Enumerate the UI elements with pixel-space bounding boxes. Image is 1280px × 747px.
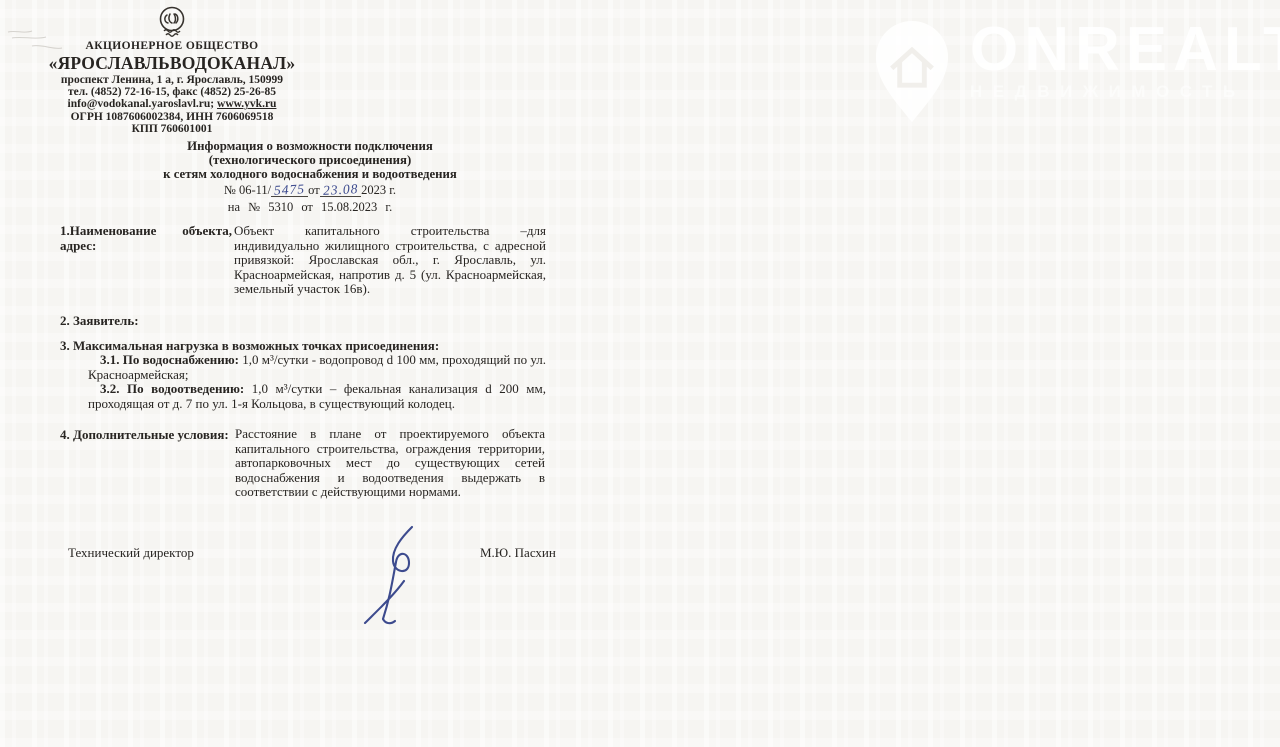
section4-text: Расстояние в плане от проектируемого объ…: [235, 427, 545, 500]
section1-text: Объект капитального строительства –для и…: [234, 224, 546, 297]
reference-number-line: на № 5310 от 15.08.2023 г.: [125, 200, 495, 215]
watermark-brand-text: ONREALT: [970, 20, 1280, 80]
handwritten-doc-date: 23.08: [319, 183, 361, 196]
letterhead: АКЦИОНЕРНОЕ ОБЩЕСТВО «ЯРОСЛАВЛЬВОДОКАНАЛ…: [38, 6, 306, 135]
title-line-3: к сетям холодного водоснабжения и водоот…: [125, 167, 495, 181]
handwritten-signature: [352, 523, 444, 627]
document-number-line: № 06-11/5475 от 23.08 2023 г.: [125, 183, 495, 198]
handwritten-doc-number: 5475: [271, 183, 309, 196]
vodokanal-logo-icon: [155, 6, 189, 38]
org-contacts: info@vodokanal.yaroslavl.ru; www.yvk.ru: [38, 98, 306, 110]
doc-number-prefix: № 06-11/: [224, 183, 271, 198]
org-ogrn-inn: ОГРН 1087606002384, ИНН 7606069518: [38, 111, 306, 123]
document-title: Информация о возможности подключения (те…: [125, 139, 495, 215]
doc-number-ot: от: [308, 183, 320, 198]
home-pin-icon: [868, 20, 956, 124]
doc-number-year: 2023 г.: [361, 183, 396, 198]
org-phones: тел. (4852) 72-16-15, факс (4852) 25-26-…: [38, 86, 306, 98]
title-line-2: (технологического присоединения): [125, 153, 495, 167]
title-line-1: Информация о возможности подключения: [125, 139, 495, 153]
signatory-name: М.Ю. Пасхин: [480, 545, 556, 561]
org-website: www.yvk.ru: [217, 98, 276, 110]
signatory-position: Технический директор: [68, 545, 194, 561]
watermark-subtitle-text: НЕДВИЖИМОСТЬ: [970, 82, 1246, 102]
section4-label: 4. Дополнительные условия:: [60, 427, 229, 443]
org-email: info@vodokanal.yaroslavl.ru;: [68, 98, 217, 110]
section3-item-2: 3.2. По водоотведению: 1,0 м³/сутки – фе…: [88, 382, 546, 411]
onrealt-watermark: ONREALT НЕДВИЖИМОСТЬ: [868, 20, 1280, 124]
org-name: «ЯРОСЛАВЛЬВОДОКАНАЛ»: [38, 53, 306, 74]
org-address: проспект Ленина, 1 а, г. Ярославль, 1509…: [38, 74, 306, 86]
org-kpp: КПП 760601001: [38, 123, 306, 135]
scanned-letter-page: ONREALT НЕДВИЖИМОСТЬ АКЦИОНЕРНОЕ ОБЩЕСТВ…: [0, 0, 1280, 747]
section1-label: 1.Наименованиеобъекта, адрес:: [60, 224, 232, 253]
org-type: АКЦИОНЕРНОЕ ОБЩЕСТВО: [38, 40, 306, 52]
section2-label: 2. Заявитель:: [60, 313, 139, 329]
section3-item-1: 3.1. По водоснабжению: 1,0 м³/сутки - во…: [88, 353, 546, 382]
